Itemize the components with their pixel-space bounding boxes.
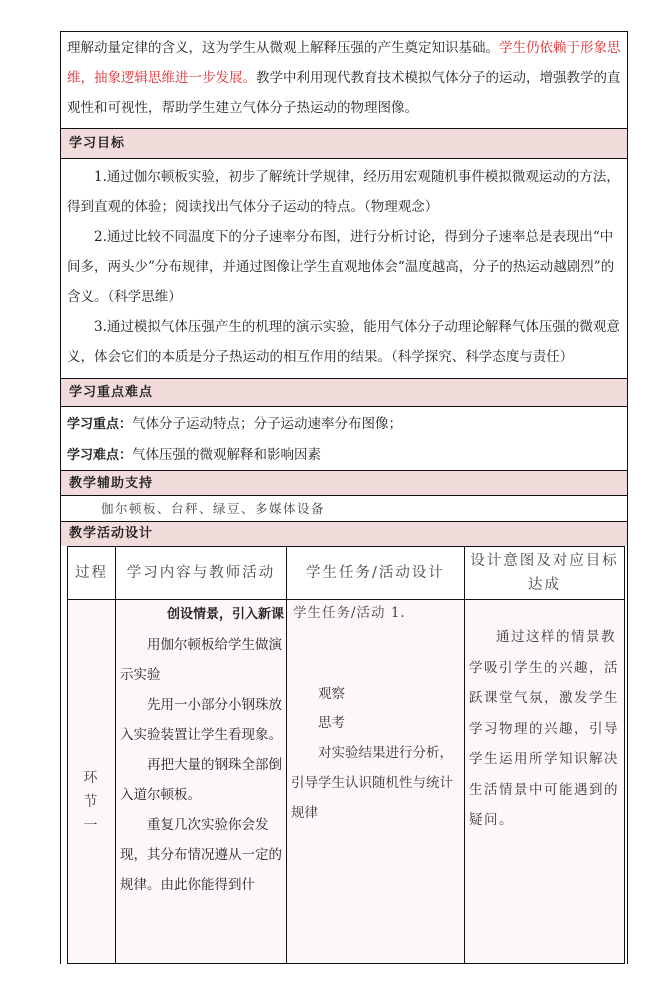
- section-header-goals: 学习目标: [61, 129, 627, 159]
- goal-item-1: 1.通过伽尔顿板实验，初步了解统计学规律，经历用宏观随机事件模拟微观运动的方法，…: [61, 162, 627, 222]
- focus-line: 学习重点：气体分子运动特点；分子运动速率分布图像；: [61, 409, 627, 440]
- activity-table-header-row: 过程 学习内容与教师活动 学生任务/活动设计 设计意图及对应目标达成: [68, 547, 625, 600]
- intro-row: 理解动量定律的含义，这为学生从微观上解释压强的产生奠定知识基础。学生仍依赖于形象…: [61, 32, 627, 129]
- column-header-process: 过程: [68, 547, 116, 600]
- student-task-cell: 学生任务/活动 1. 观察 思考 对实验结果进行分析，引导学生认识随机性与统计规…: [287, 600, 465, 964]
- student-task-item: 思考: [287, 709, 464, 738]
- column-header-teacher-activity: 学习内容与教师活动: [116, 547, 287, 600]
- teacher-paragraph: 先用一小部分小钢珠放入实验装置让学生看现象。: [116, 690, 286, 750]
- intro-text: 理解动量定律的含义，这为学生从微观上解释压强的产生奠定知识基础。: [67, 40, 499, 56]
- activity-table-wrapper: 过程 学习内容与教师活动 学生任务/活动设计 设计意图及对应目标达成 环节一 创…: [60, 546, 628, 964]
- design-intent-text: 通过这样的情景教学吸引学生的兴趣，活跃课堂气氛，激发学生学习物理的兴趣，引导学生…: [465, 622, 624, 836]
- teacher-paragraph: 用伽尔顿板给学生做演示实验: [116, 630, 286, 690]
- teacher-activity-cell: 创设情景，引入新课 用伽尔顿板给学生做演示实验 先用一小部分小钢珠放入实验装置让…: [116, 600, 287, 964]
- column-header-student-task: 学生任务/活动设计: [287, 547, 465, 600]
- stage-label: 环节一: [78, 766, 106, 838]
- section-header-activity: 教学活动设计: [61, 522, 627, 546]
- difficulty-label: 学习难点：: [67, 448, 132, 463]
- section-header-key-points: 学习重点难点: [61, 379, 627, 407]
- student-task-title: 学生任务/活动 1.: [287, 600, 464, 624]
- student-task-item: 观察: [287, 680, 464, 709]
- goals-body: 1.通过伽尔顿板实验，初步了解统计学规律，经历用宏观随机事件模拟微观运动的方法，…: [61, 159, 627, 379]
- difficulty-text: 气体压强的微观解释和影响因素: [132, 447, 321, 463]
- teacher-paragraph: 再把大量的钢珠全部倒入道尔顿板。: [116, 750, 286, 810]
- lesson-plan-document: 理解动量定律的含义，这为学生从微观上解释压强的产生奠定知识基础。学生仍依赖于形象…: [60, 31, 628, 964]
- intro-paragraph: 理解动量定律的含义，这为学生从微观上解释压强的产生奠定知识基础。学生仍依赖于形象…: [61, 33, 627, 123]
- goal-item-2: 2.通过比较不同温度下的分子速率分布图，进行分析讨论，得到分子速率总是表现出“中…: [61, 222, 627, 312]
- support-text: 伽尔顿板、台秤、绿豆、多媒体设备: [61, 496, 627, 522]
- teacher-paragraph: 重复几次实验你会发现，其分布情况遵从一定的规律。由此你能得到什: [116, 810, 286, 900]
- column-header-design-intent: 设计意图及对应目标达成: [465, 547, 625, 600]
- lesson-plan-table: 理解动量定律的含义，这为学生从微观上解释压强的产生奠定知识基础。学生仍依赖于形象…: [60, 31, 628, 546]
- activity-table: 过程 学习内容与教师活动 学生任务/活动设计 设计意图及对应目标达成 环节一 创…: [67, 546, 625, 964]
- focus-label: 学习重点：: [67, 417, 132, 432]
- section-header-support: 教学辅助支持: [61, 471, 627, 496]
- student-task-item: 对实验结果进行分析，引导学生认识随机性与统计规律: [287, 738, 464, 828]
- focus-text: 气体分子运动特点；分子运动速率分布图像；: [132, 416, 402, 432]
- design-intent-cell: 通过这样的情景教学吸引学生的兴趣，活跃课堂气氛，激发学生学习物理的兴趣，引导学生…: [465, 600, 625, 964]
- table-row: 环节一 创设情景，引入新课 用伽尔顿板给学生做演示实验 先用一小部分小钢珠放入实…: [68, 600, 625, 964]
- stage-cell: 环节一: [68, 600, 116, 964]
- difficulty-line: 学习难点：气体压强的微观解释和影响因素: [61, 440, 627, 471]
- goal-item-3: 3.通过模拟气体压强产生的机理的演示实验，能用气体分子动理论解释气体压强的微观意…: [61, 312, 627, 372]
- teacher-heading: 创设情景，引入新课: [116, 600, 286, 630]
- key-points-body: 学习重点：气体分子运动特点；分子运动速率分布图像； 学习难点：气体压强的微观解释…: [61, 407, 627, 471]
